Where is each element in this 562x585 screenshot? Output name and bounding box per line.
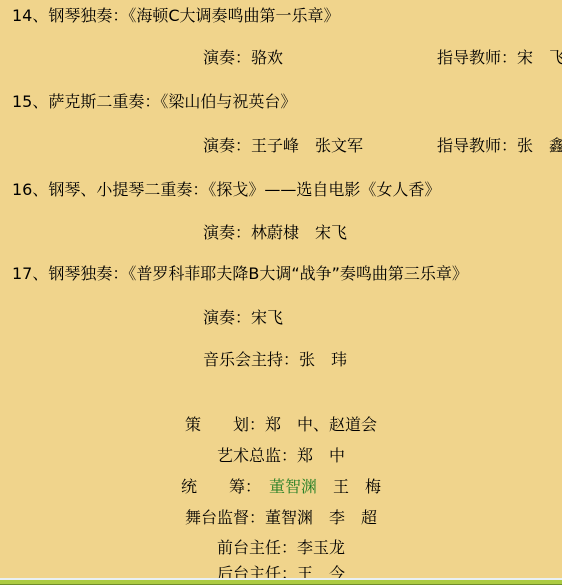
- program-item-title: 16、钢琴、小提琴二重奏：《探戈》——选自电影《女人香》: [12, 180, 440, 200]
- program-item-title: 15、萨克斯二重奏：《梁山伯与祝英台》: [12, 92, 296, 112]
- host-credit: 音乐会主持：张 玮: [203, 350, 347, 370]
- credit-line-coordinator-prefix: 统 筹：: [181, 477, 269, 496]
- program-item-title: 17、钢琴独奏：《普罗科菲耶夫降B大调“战争”奏鸣曲第三乐章》: [12, 264, 468, 284]
- program-item-title: 14、钢琴独奏：《海顿C大调奏鸣曲第一乐章》: [12, 6, 340, 26]
- credit-name-highlighted: 董智渊: [269, 477, 317, 496]
- performer-row: 演奏：王子峰 张文军 指导教师：张 鑫: [0, 136, 562, 156]
- credit-line-planning: 策 划：郑 中、赵道会: [0, 415, 562, 435]
- credit-line-stage-supervisor: 舞台监督：董智渊 李 超: [0, 508, 562, 528]
- credit-line-coordinator-suffix: 王 梅: [317, 477, 381, 496]
- credit-line-coordinator: 统 筹： 董智渊 王 梅: [0, 477, 562, 497]
- instructor-credit: 指导教师：宋 飞: [437, 48, 562, 68]
- performer-credit: 演奏：王子峰 张文军: [203, 136, 363, 156]
- host-row: 音乐会主持：张 玮: [0, 350, 562, 370]
- instructor-credit: 指导教师：张 鑫: [437, 136, 562, 156]
- performer-row: 演奏：宋飞: [0, 308, 562, 328]
- performer-row: 演奏：骆欢 指导教师：宋 飞: [0, 48, 562, 68]
- performer-row: 演奏：林蔚棣 宋飞: [0, 223, 562, 243]
- concert-program-document: 14、钢琴独奏：《海顿C大调奏鸣曲第一乐章》 演奏：骆欢 指导教师：宋 飞 15…: [0, 0, 562, 585]
- performer-credit: 演奏：宋飞: [203, 308, 283, 328]
- credit-line-art-director: 艺术总监：郑 中: [0, 446, 562, 466]
- credit-line-front-stage: 前台主任：李玉龙: [0, 538, 562, 558]
- performer-credit: 演奏：骆欢: [203, 48, 283, 68]
- performer-credit: 演奏：林蔚棣 宋飞: [203, 223, 347, 243]
